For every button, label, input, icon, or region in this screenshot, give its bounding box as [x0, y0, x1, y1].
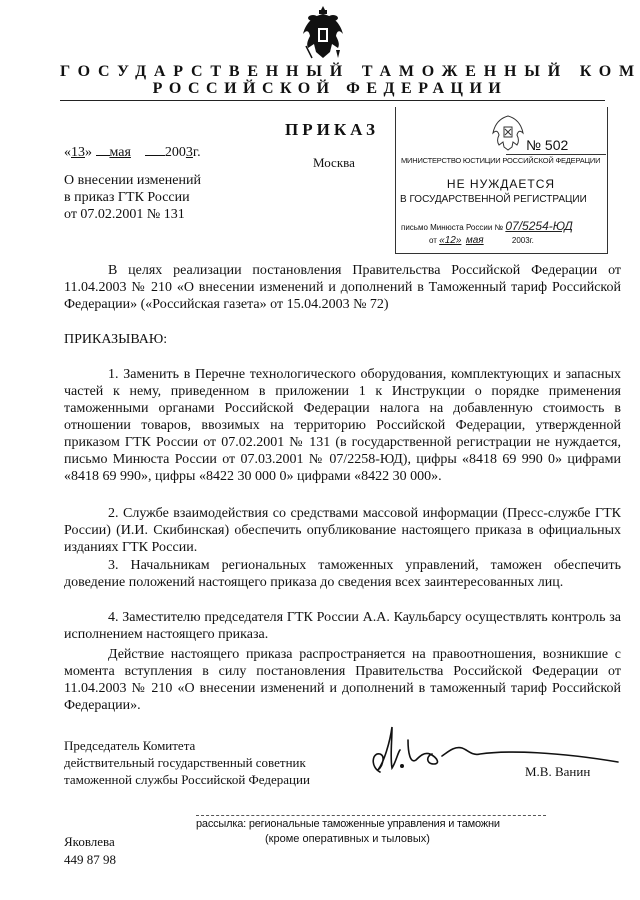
stamp-date-year: 2003г. — [512, 236, 534, 245]
effect-paragraph: Действие настоящего приказа распространя… — [64, 646, 621, 714]
subject-line: в приказ ГТК России — [64, 189, 201, 206]
executor-phone: 449 87 98 — [64, 851, 116, 869]
order-item-2: 2. Службе взаимодействия со средствами м… — [64, 505, 621, 556]
stamp-letter-ref: письмо Минюста России № 07/5254-ЮД — [401, 219, 573, 233]
executor-name: Яковлева — [64, 833, 116, 851]
distribution-list: рассылка: региональные таможенные управл… — [196, 818, 500, 830]
distribution-divider — [196, 815, 546, 816]
order-subject: О внесении изменений в приказ ГТК России… — [64, 172, 201, 223]
date-year-digit: 3 — [186, 145, 193, 160]
order-item-4: 4. Заместителю председателя ГТК России А… — [64, 609, 621, 643]
order-city: Москва — [313, 155, 355, 171]
coat-of-arms-icon — [300, 6, 346, 62]
date-year-suffix: г. — [193, 145, 201, 160]
stamp-status-line1: НЕ НУЖДАЕТСЯ — [396, 177, 606, 191]
date-close-quote: » — [85, 145, 92, 160]
stamp-ministry: МИНИСТЕРСТВО ЮСТИЦИИ РОССИЙСКОЙ ФЕДЕРАЦИ… — [401, 156, 600, 165]
signer-name: М.В. Ванин — [525, 764, 590, 780]
organization-name-line1: ГОСУДАРСТВЕННЫЙ ТАМОЖЕННЫЙ КОМИТЕТ — [60, 63, 600, 81]
stamp-letter-label: письмо Минюста России № — [401, 223, 503, 232]
stamp-date-label: от — [429, 236, 437, 245]
document-title: ПРИКАЗ — [285, 120, 379, 140]
preamble-paragraph: В целях реализации постановления Правите… — [64, 262, 621, 313]
date-day: 13 — [71, 145, 85, 160]
date-month: мая — [110, 145, 145, 160]
registration-stamp: № 502 МИНИСТЕРСТВО ЮСТИЦИИ РОССИЙСКОЙ ФЕ… — [395, 107, 608, 254]
signer-position-line: таможенной службы Российской Федерации — [64, 771, 310, 788]
date-open-quote: « — [64, 145, 71, 160]
date-blank-right — [145, 143, 165, 156]
stamp-date-day: «12» — [439, 235, 461, 246]
stamp-date: от «12» мая 2003г. — [429, 235, 534, 246]
header-divider — [60, 100, 605, 101]
stamp-letter-number: 07/5254-ЮД — [505, 219, 572, 233]
executor-info: Яковлева 449 87 98 — [64, 833, 116, 869]
distribution-exception: (кроме оперативных и тыловых) — [265, 833, 430, 845]
order-date: «13» мая2003г. — [64, 143, 201, 161]
signer-position-line: действительный государственный советник — [64, 754, 310, 771]
stamp-status-line2: В ГОСУДАРСТВЕННОЙ РЕГИСТРАЦИИ — [400, 194, 587, 205]
signer-position-line: Председатель Комитета — [64, 737, 310, 754]
subject-line: от 07.02.2001 № 131 — [64, 206, 201, 223]
order-item-1: 1. Заменить в Перечне технологического о… — [64, 366, 621, 485]
stamp-date-month: мая — [466, 235, 510, 246]
date-blank-left — [96, 143, 110, 156]
stamp-number: № 502 — [526, 137, 568, 153]
stamp-number-underline — [506, 154, 606, 155]
organization-name-line2: РОССИЙСКОЙ ФЕДЕРАЦИИ — [60, 80, 600, 98]
stamp-coat-of-arms-icon — [491, 113, 525, 151]
subject-line: О внесении изменений — [64, 172, 201, 189]
order-item-3: 3. Начальникам региональных таможенных у… — [64, 557, 621, 591]
order-directive-word: ПРИКАЗЫВАЮ: — [64, 331, 621, 348]
date-year-prefix: 200 — [165, 145, 186, 160]
signer-position: Председатель Комитета действительный гос… — [64, 737, 310, 788]
